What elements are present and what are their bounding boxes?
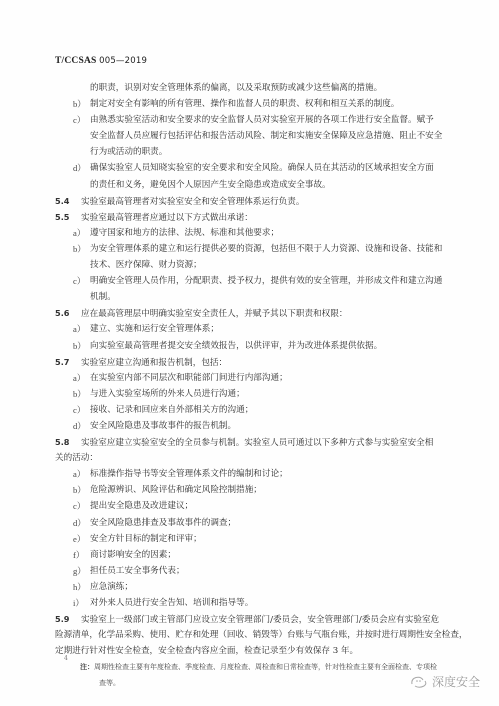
line-text: 制定对安全有影响的所有管理、操作和监督人员的职责、权利和相互关系的制度。: [90, 99, 399, 109]
list-item: e）安全方针目标的制定和评审；: [55, 531, 445, 547]
list-item-label: a）: [73, 321, 85, 337]
standard-number: 005—2019: [99, 56, 147, 66]
line-text: 实验室上一级部门或主管部门应设立安全管理部门/委员会，安全管理部门/委员会应有实…: [81, 615, 439, 625]
list-item: d）安全风险隐患及事故事件的报告机制。: [55, 418, 445, 434]
note-cont-text: 查等。: [99, 679, 120, 687]
list-item-label: b）: [73, 96, 86, 112]
list-item: b）向实验室最高管理者提交安全绩效报告，以供评审，并为改进体系提供依据。: [55, 338, 445, 354]
list-item: g）担任员工安全事务代表；: [55, 563, 445, 579]
list-item: b）与进入实验室场所的外来人员进行沟通；: [55, 386, 445, 402]
list-item-label: b）: [73, 482, 86, 498]
section-number: 5.9: [55, 611, 81, 627]
continuation-line: 安全监督人员应履行包括评估和报告活动风险、制定和实施安全保障及应急措施、阻止不安…: [55, 128, 445, 144]
continuation-line: 机制。: [55, 289, 445, 305]
line-text: 遵守国家和地方的法律、法规、标准和其他要求；: [90, 228, 279, 238]
section-line: 5.4实验室最高管理者对实验室安全和安全管理体系运行负责。: [55, 193, 445, 209]
watermark: 深度安全: [410, 673, 480, 690]
page-number: 4: [64, 655, 68, 662]
note-text: 周期性检查主要有年度检查、季度检查、月度检查、周检查和日常检查等，针对性检查主要…: [94, 663, 437, 671]
list-item-label: e）: [73, 531, 85, 547]
list-item: i）对外来人员进行安全告知、培训和指导等。: [55, 595, 445, 611]
list-item: f）商讨影响安全的因素；: [55, 547, 445, 563]
section-number: 5.8: [55, 434, 81, 450]
list-item-label: b）: [73, 338, 86, 354]
line-text: 实验室应建立实验室安全的全员参与机制。实验室人员可通过以下多种方式参与实验室安全…: [81, 438, 433, 448]
line-text: 实验室最高管理者应通过以下方式做出承诺：: [81, 213, 253, 223]
line-text: 关的活动：: [55, 453, 98, 463]
note: 注：周期性检查主要有年度检查、季度检查、月度检查、周检查和日常检查等，针对性检查…: [55, 659, 445, 675]
paragraph-line: 险源清单，化学品采购、使用、贮存和处理（回收、销毁等）台账与气瓶台账，并按时进行…: [55, 627, 445, 643]
line-text: 危险源辨识、风险评估和确定风险控制措施；: [90, 485, 262, 495]
section-line: 5.6应在最高管理层中明确实验室安全责任人，并赋予其以下职责和权限：: [55, 305, 445, 321]
list-item-label: c）: [73, 112, 85, 128]
list-item: c）接收、记录和回应来自外部相关方的沟通；: [55, 402, 445, 418]
list-item: c）提出安全隐患及改进建议；: [55, 498, 445, 514]
list-item-label: b）: [73, 386, 86, 402]
line-text: 提出安全隐患及改进建议；: [90, 501, 193, 511]
list-item-label: d）: [73, 515, 86, 531]
note-continuation: 查等。: [55, 675, 445, 691]
line-text: 与进入实验室场所的外来人员进行沟通；: [90, 389, 245, 399]
continuation-line: 的责任和义务，避免因个人原因产生安全隐患或造成安全事故。: [55, 177, 445, 193]
section-number: 5.5: [55, 209, 81, 225]
line-text: 应急演练；: [90, 582, 133, 592]
line-text: 险源清单，化学品采购、使用、贮存和处理（回收、销毁等）台账与气瓶台账，并按时进行…: [55, 630, 468, 640]
section-line: 5.5实验室最高管理者应通过以下方式做出承诺：: [55, 209, 445, 225]
line-text: 在实验室内部不同层次和职能部门间进行内部沟通；: [90, 373, 288, 383]
list-item-label: a）: [73, 466, 85, 482]
list-item-label: d）: [73, 418, 86, 434]
line-text: 接收、记录和回应来自外部相关方的沟通；: [90, 405, 253, 415]
document-page: T/CCSAS 005—2019 的职责，识别对安全管理体系的偏离，以及采取预防…: [0, 0, 499, 706]
line-text: 安全风险隐患排查及事故事件的调查；: [90, 518, 236, 528]
section-line: 5.8实验室应建立实验室安全的全员参与机制。实验室人员可通过以下多种方式参与实验…: [55, 434, 445, 450]
list-item-label: b）: [73, 241, 86, 257]
line-text: 应在最高管理层中明确实验室安全责任人，并赋予其以下职责和权限：: [81, 309, 347, 319]
list-item-label: g）: [73, 563, 86, 579]
document-body: 的职责，识别对安全管理体系的偏离，以及采取预防或减少这些偏离的措施。b）制定对安…: [55, 80, 445, 692]
paragraph-line: 关的活动：: [55, 450, 445, 466]
line-text: 向实验室最高管理者提交安全绩效报告，以供评审，并为改进体系提供依据。: [90, 341, 382, 351]
list-item: b）制定对安全有影响的所有管理、操作和监督人员的职责、权利和相互关系的制度。: [55, 96, 445, 112]
line-text: 的责任和义务，避免因个人原因产生安全隐患或造成安全事故。: [90, 180, 331, 190]
list-item: a）建立、实施和运行安全管理体系；: [55, 321, 445, 337]
wechat-icon: [410, 675, 428, 689]
section-line: 5.7实验室应建立沟通和报告机制，包括：: [55, 354, 445, 370]
section-number: 5.7: [55, 354, 81, 370]
line-text: 为安全管理体系的建立和运行提供必要的资源，包括但不限于人力资源、设施和设备、技能…: [90, 244, 442, 254]
line-text: 安全方针目标的制定和评审；: [90, 534, 202, 544]
standard-code: T/CCSAS: [55, 56, 97, 66]
list-item: d）安全风险隐患排查及事故事件的调查；: [55, 515, 445, 531]
line-text: 由熟悉实验室活动和安全要求的安全监督人员对实验室开展的各项工作进行安全监督。赋予: [90, 115, 434, 125]
line-text: 定期进行针对性安全检查，安全检查内容应全面，检查记录至少有效保存 3 年。: [55, 646, 358, 656]
section-number: 5.6: [55, 305, 81, 321]
list-item: c）由熟悉实验室活动和安全要求的安全监督人员对实验室开展的各项工作进行安全监督。…: [55, 112, 445, 128]
line-text: 行为或活动的职责。: [90, 147, 167, 157]
list-item: a）标准操作指导书等安全管理体系文件的编制和讨论；: [55, 466, 445, 482]
line-text: 建立、实施和运行安全管理体系；: [90, 324, 219, 334]
section-number: 5.4: [55, 193, 81, 209]
list-item-label: h）: [73, 579, 86, 595]
list-item: d）确保实验室人员知晓实验室的安全要求和安全风险。确保人员在其活动的区域承担安全…: [55, 160, 445, 176]
line-text: 的职责，识别对安全管理体系的偏离，以及采取预防或减少这些偏离的措施。: [90, 83, 382, 93]
line-text: 技术、医疗保障、财力资源；: [90, 260, 202, 270]
line-text: 实验室最高管理者对实验室安全和安全管理体系运行负责。: [81, 197, 304, 207]
line-text: 标准操作指导书等安全管理体系文件的编制和讨论；: [90, 469, 288, 479]
note-label: 注：: [80, 662, 94, 671]
list-item-label: a）: [73, 370, 85, 386]
line-text: 确保实验室人员知晓实验室的安全要求和安全风险。确保人员在其活动的区域承担安全方面: [90, 163, 434, 173]
continuation-line: 的职责，识别对安全管理体系的偏离，以及采取预防或减少这些偏离的措施。: [55, 80, 445, 96]
continuation-line: 行为或活动的职责。: [55, 144, 445, 160]
list-item-label: i）: [73, 595, 84, 611]
list-item: b）为安全管理体系的建立和运行提供必要的资源，包括但不限于人力资源、设施和设备、…: [55, 241, 445, 257]
paragraph-line: 定期进行针对性安全检查，安全检查内容应全面，检查记录至少有效保存 3 年。: [55, 643, 445, 659]
line-text: 对外来人员进行安全告知、培训和指导等。: [90, 598, 253, 608]
continuation-line: 技术、医疗保障、财力资源；: [55, 257, 445, 273]
list-item-label: f）: [73, 547, 84, 563]
list-item: a）在实验室内部不同层次和职能部门间进行内部沟通；: [55, 370, 445, 386]
list-item-label: a）: [73, 225, 85, 241]
standard-header: T/CCSAS 005—2019: [55, 56, 147, 66]
list-item-label: c）: [73, 498, 85, 514]
section-line: 5.9实验室上一级部门或主管部门应设立安全管理部门/委员会，安全管理部门/委员会…: [55, 611, 445, 627]
line-text: 实验室应建立沟通和报告机制，包括：: [81, 358, 227, 368]
line-text: 商讨影响安全的因素；: [90, 550, 176, 560]
list-item: h）应急演练；: [55, 579, 445, 595]
line-text: 安全风险隐患及事故事件的报告机制。: [90, 421, 236, 431]
list-item: a）遵守国家和地方的法律、法规、标准和其他要求；: [55, 225, 445, 241]
watermark-text: 深度安全: [432, 673, 480, 690]
line-text: 担任员工安全事务代表；: [90, 566, 185, 576]
list-item-label: d）: [73, 160, 86, 176]
line-text: 机制。: [90, 292, 116, 302]
list-item: b）危险源辨识、风险评估和确定风险控制措施；: [55, 482, 445, 498]
list-item-label: c）: [73, 273, 85, 289]
list-item-label: c）: [73, 402, 85, 418]
list-item: c）明确安全管理人员作用，分配职责、授予权力，提供有效的安全管理，并形成文件和建…: [55, 273, 445, 289]
line-text: 明确安全管理人员作用，分配职责、授予权力，提供有效的安全管理，并形成文件和建立沟…: [90, 276, 442, 286]
line-text: 安全监督人员应履行包括评估和报告活动风险、制定和实施安全保障及应急措施、阻止不安…: [90, 131, 442, 141]
